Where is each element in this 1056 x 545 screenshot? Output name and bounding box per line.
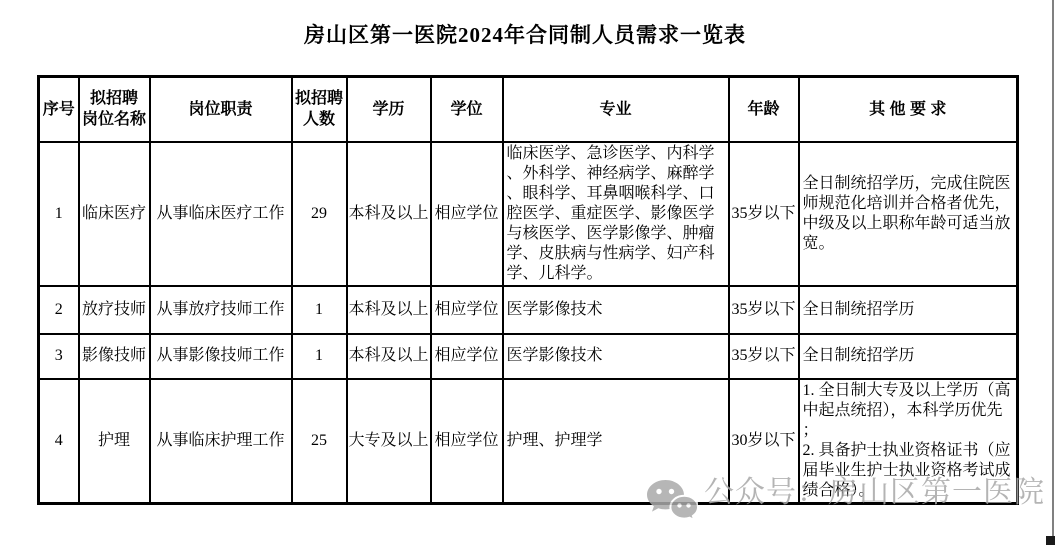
table-row: 2 放疗技师 从事放疗技师工作 1 本科及以上 相应学位 医学影像技术 35岁以…: [39, 286, 1018, 334]
scan-edge-mark: [1046, 536, 1055, 545]
cell-count: 25: [292, 379, 347, 504]
cell-age: 35岁以下: [729, 142, 799, 286]
table-row: 3 影像技师 从事影像技师工作 1 本科及以上 相应学位 医学影像技术 35岁以…: [39, 334, 1018, 379]
table-row: 1 临床医疗 从事临床医疗工作 29 本科及以上 相应学位 临床医学、急诊医学、…: [39, 142, 1018, 286]
cell-age: 35岁以下: [729, 334, 799, 379]
cell-major: 临床医学、急诊医学、内科学、外科学、神经病学、麻醉学、眼科学、耳鼻咽喉科学、口腔…: [503, 142, 729, 286]
document-page: 房山区第一医院2024年合同制人员需求一览表 序号 拟招聘 岗位名称 岗位职责 …: [0, 0, 1056, 545]
cell-count: 1: [292, 334, 347, 379]
cell-count: 29: [292, 142, 347, 286]
cell-degree: 相应学位: [431, 379, 503, 504]
header-no: 序号: [39, 77, 79, 142]
watermark-text: 公众号：房山区第一医院: [704, 474, 1045, 512]
cell-education: 本科及以上: [347, 142, 431, 286]
watermark: 公众号：房山区第一医院: [646, 474, 1045, 528]
cell-position: 临床医疗: [79, 142, 150, 286]
cell-no: 2: [39, 286, 79, 334]
cell-degree: 相应学位: [431, 142, 503, 286]
header-degree: 学位: [431, 77, 503, 142]
cell-position: 护理: [79, 379, 150, 504]
header-duty: 岗位职责: [150, 77, 292, 142]
header-count: 拟招聘 人数: [292, 77, 347, 142]
cell-duty: 从事影像技师工作: [150, 334, 292, 379]
cell-major: 医学影像技术: [503, 286, 729, 334]
table-header-row: 序号 拟招聘 岗位名称 岗位职责 拟招聘 人数 学历 学位 专业 年龄 其 他 …: [39, 77, 1018, 142]
cell-other: 全日制统招学历，完成住院医师规范化培训并合格者优先，中级及以上职称年龄可适当放宽…: [799, 142, 1018, 286]
header-position: 拟招聘 岗位名称: [79, 77, 150, 142]
cell-no: 1: [39, 142, 79, 286]
cell-position: 影像技师: [79, 334, 150, 379]
cell-education: 大专及以上: [347, 379, 431, 504]
cell-position: 放疗技师: [79, 286, 150, 334]
cell-no: 4: [39, 379, 79, 504]
header-major: 专业: [503, 77, 729, 142]
header-other: 其 他 要 求: [799, 77, 1018, 142]
cell-count: 1: [292, 286, 347, 334]
header-age: 年龄: [729, 77, 799, 142]
cell-education: 本科及以上: [347, 286, 431, 334]
cell-duty: 从事放疗技师工作: [150, 286, 292, 334]
header-education: 学历: [347, 77, 431, 142]
recruitment-table: 序号 拟招聘 岗位名称 岗位职责 拟招聘 人数 学历 学位 专业 年龄 其 他 …: [37, 75, 1019, 505]
cell-age: 35岁以下: [729, 286, 799, 334]
cell-major: 医学影像技术: [503, 334, 729, 379]
scan-edge-line: [1052, 0, 1054, 545]
page-title: 房山区第一医院2024年合同制人员需求一览表: [0, 19, 1050, 49]
cell-degree: 相应学位: [431, 334, 503, 379]
cell-duty: 从事临床护理工作: [150, 379, 292, 504]
cell-degree: 相应学位: [431, 286, 503, 334]
cell-other: 全日制统招学历: [799, 286, 1018, 334]
wechat-icon: [646, 479, 698, 528]
cell-education: 本科及以上: [347, 334, 431, 379]
cell-other: 全日制统招学历: [799, 334, 1018, 379]
cell-duty: 从事临床医疗工作: [150, 142, 292, 286]
cell-no: 3: [39, 334, 79, 379]
